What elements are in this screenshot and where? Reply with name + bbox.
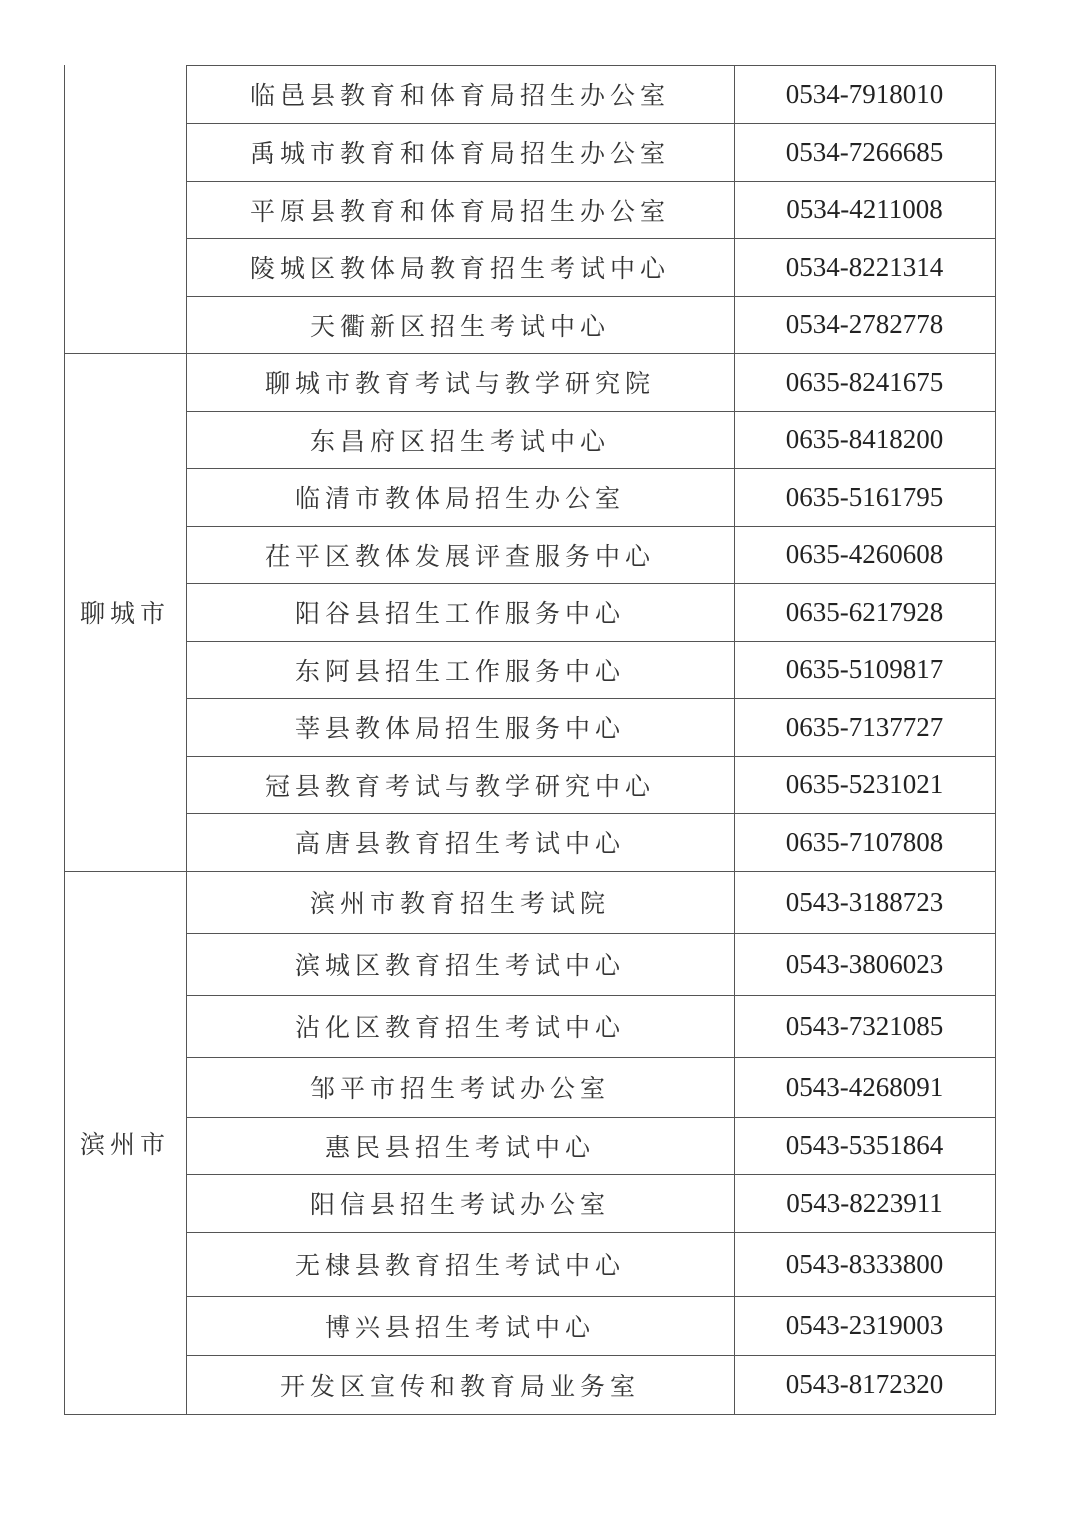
phone-number-cell: 0543-8172320 <box>734 1355 995 1414</box>
office-name-cell: 东昌府区招生考试中心 <box>186 411 734 468</box>
office-name-cell: 高唐县教育招生考试中心 <box>186 813 734 871</box>
phone-number-cell: 0635-5109817 <box>734 641 995 698</box>
phone-number-cell: 0635-7137727 <box>734 698 995 756</box>
office-name-cell: 陵城区教体局教育招生考试中心 <box>186 238 734 296</box>
phone-number-cell: 0635-8418200 <box>734 411 995 468</box>
phone-number-cell: 0534-7266685 <box>734 123 995 181</box>
office-name-cell: 临清市教体局招生办公室 <box>186 468 734 526</box>
phone-number-cell: 0543-4268091 <box>734 1057 995 1117</box>
office-name-cell: 开发区宣传和教育局业务室 <box>186 1355 734 1414</box>
phone-number-cell: 0534-8221314 <box>734 238 995 296</box>
phone-number-cell: 0543-3806023 <box>734 933 995 995</box>
office-name-cell: 滨城区教育招生考试中心 <box>186 933 734 995</box>
phone-number-cell: 0543-8333800 <box>734 1232 995 1296</box>
office-name-cell: 禹城市教育和体育局招生办公室 <box>186 123 734 181</box>
phone-number-cell: 0635-7107808 <box>734 813 995 871</box>
phone-number-cell: 0534-4211008 <box>734 181 995 238</box>
office-name-cell: 东阿县招生工作服务中心 <box>186 641 734 698</box>
office-name-cell: 无棣县教育招生考试中心 <box>186 1232 734 1296</box>
office-name-cell: 阳信县招生考试办公室 <box>186 1174 734 1232</box>
table-border-vertical <box>995 65 996 1415</box>
phone-number-cell: 0543-5351864 <box>734 1117 995 1174</box>
phone-number-cell: 0635-5231021 <box>734 756 995 813</box>
phone-number-cell: 0635-8241675 <box>734 353 995 411</box>
office-name-cell: 莘县教体局招生服务中心 <box>186 698 734 756</box>
office-name-cell: 冠县教育考试与教学研究中心 <box>186 756 734 813</box>
phone-number-cell: 0543-3188723 <box>734 871 995 933</box>
office-name-cell: 平原县教育和体育局招生办公室 <box>186 181 734 238</box>
phone-number-cell: 0534-2782778 <box>734 296 995 353</box>
office-name-cell: 临邑县教育和体育局招生办公室 <box>186 65 734 123</box>
office-name-cell: 聊城市教育考试与教学研究院 <box>186 353 734 411</box>
office-name-cell: 沾化区教育招生考试中心 <box>186 995 734 1057</box>
phone-number-cell: 0543-7321085 <box>734 995 995 1057</box>
office-name-cell: 茌平区教体发展评查服务中心 <box>186 526 734 583</box>
table-border-horizontal <box>64 1414 996 1415</box>
phone-number-cell: 0534-7918010 <box>734 65 995 123</box>
office-name-cell: 天衢新区招生考试中心 <box>186 296 734 353</box>
city-cell <box>64 65 186 353</box>
office-name-cell: 博兴县招生考试中心 <box>186 1296 734 1355</box>
phone-number-cell: 0543-8223911 <box>734 1174 995 1232</box>
phone-number-cell: 0635-5161795 <box>734 468 995 526</box>
city-cell: 聊城市 <box>64 353 186 871</box>
office-name-cell: 邹平市招生考试办公室 <box>186 1057 734 1117</box>
phone-number-cell: 0543-2319003 <box>734 1296 995 1355</box>
office-name-cell: 惠民县招生考试中心 <box>186 1117 734 1174</box>
office-name-cell: 阳谷县招生工作服务中心 <box>186 583 734 641</box>
phone-number-cell: 0635-6217928 <box>734 583 995 641</box>
phone-number-cell: 0635-4260608 <box>734 526 995 583</box>
office-name-cell: 滨州市教育招生考试院 <box>186 871 734 933</box>
city-cell: 滨州市 <box>64 871 186 1414</box>
